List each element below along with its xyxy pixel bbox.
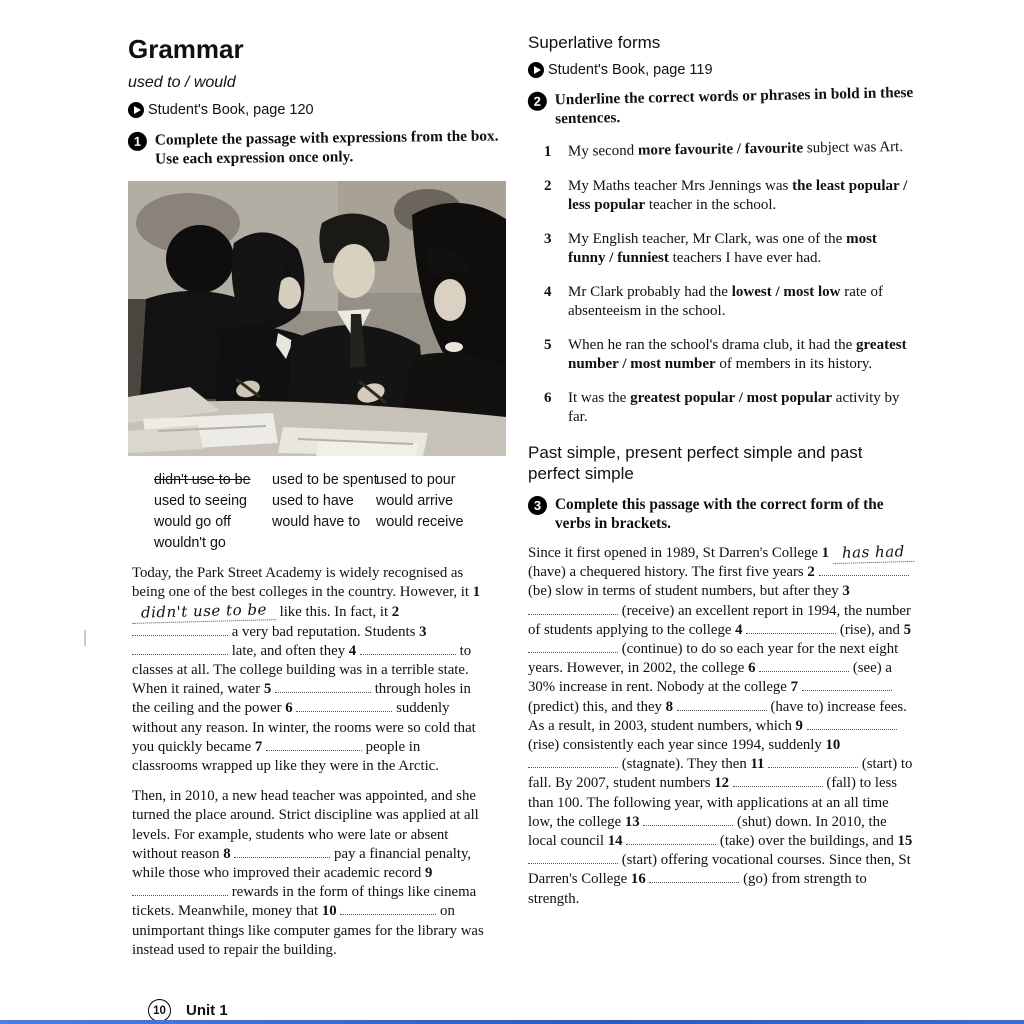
section-title-past-simple: Past simple, present perfect simple and … bbox=[528, 442, 914, 484]
right-column: Superlative forms Student's Book, page 1… bbox=[528, 32, 914, 920]
answer-blank bbox=[677, 698, 767, 711]
answer-blank bbox=[528, 640, 618, 653]
word-box-item: used to pour bbox=[376, 470, 508, 490]
section-title-superlative: Superlative forms bbox=[528, 32, 914, 53]
blank-number: 5 bbox=[264, 681, 271, 697]
left-column: Grammar used to / would Student's Book, … bbox=[128, 36, 508, 971]
blank-number: 16 bbox=[631, 871, 646, 887]
bold-choice: greatest popular / most popular bbox=[630, 390, 832, 406]
sentence-number: 6 bbox=[544, 389, 568, 427]
blank-number: 10 bbox=[826, 737, 841, 753]
word-box-item: wouldn't go bbox=[154, 533, 272, 553]
blank-number: 7 bbox=[791, 679, 798, 695]
answer-blank bbox=[643, 813, 733, 826]
sentence-number: 5 bbox=[544, 336, 568, 374]
sentence-text: It was the greatest popular / most popul… bbox=[568, 389, 914, 427]
handwritten-answer: has had bbox=[832, 542, 913, 564]
passage-paragraph: Then, in 2010, a new head teacher was ap… bbox=[132, 787, 484, 960]
passage-paragraph: Since it first opened in 1989, St Darren… bbox=[528, 543, 914, 909]
answer-blank bbox=[528, 602, 618, 615]
exercise3-instruction-text: Complete this passage with the correct f… bbox=[555, 495, 914, 533]
blank-number: 10 bbox=[322, 903, 337, 919]
bold-choice: more favourite / favourite bbox=[638, 140, 803, 158]
answer-blank bbox=[528, 851, 618, 864]
bold-choice: lowest / most low bbox=[732, 284, 841, 300]
word-box-item: would go off bbox=[154, 512, 272, 532]
sentence-number: 1 bbox=[544, 143, 568, 162]
blank-number: 8 bbox=[666, 699, 673, 715]
exercise1-number-badge: 1 bbox=[128, 132, 147, 151]
bold-choice: most funny / funniest bbox=[568, 231, 877, 266]
blank-number: 11 bbox=[750, 756, 764, 772]
sentence-item: 2My Maths teacher Mrs Jennings was the l… bbox=[544, 177, 914, 215]
answer-blank bbox=[132, 642, 228, 655]
blank-number: 7 bbox=[255, 739, 262, 755]
answer-blank bbox=[266, 738, 362, 751]
answer-blank bbox=[275, 680, 371, 693]
sentence-text: Mr Clark probably had the lowest / most … bbox=[568, 283, 914, 321]
word-box-item: used to be spent bbox=[272, 470, 376, 490]
answer-blank bbox=[759, 659, 849, 672]
blank-number: 1 bbox=[473, 584, 480, 600]
word-box-item: would have to bbox=[272, 512, 376, 532]
blank-number: 14 bbox=[608, 833, 623, 849]
sentence-number: 4 bbox=[544, 283, 568, 321]
sentence-text: When he ran the school's drama club, it … bbox=[568, 336, 914, 374]
sentence-item: 4Mr Clark probably had the lowest / most… bbox=[544, 283, 914, 321]
sentence-item: 3My English teacher, Mr Clark, was one o… bbox=[544, 230, 914, 268]
answer-blank bbox=[802, 678, 892, 691]
play-icon bbox=[528, 62, 544, 78]
answer-blank bbox=[360, 642, 456, 655]
answer-blank bbox=[733, 774, 823, 787]
sentence-item: 6It was the greatest popular / most popu… bbox=[544, 389, 914, 427]
book-reference-label: Student's Book, page 120 bbox=[148, 102, 314, 118]
answer-blank bbox=[626, 832, 716, 845]
word-box-item: would receive bbox=[376, 512, 508, 532]
section-title-grammar: Grammar bbox=[128, 36, 508, 62]
ex2-items: 1My second more favourite / favourite su… bbox=[544, 143, 914, 427]
exercise3-instruction: 3 Complete this passage with the correct… bbox=[528, 495, 914, 533]
exercise1-instruction: 1 Complete the passage with expressions … bbox=[128, 126, 508, 169]
passage-paragraph: Today, the Park Street Academy is widely… bbox=[132, 564, 484, 776]
sentence-text: My second more favourite / favourite sub… bbox=[568, 138, 914, 162]
page-footer: 10 Unit 1 bbox=[148, 999, 228, 1022]
word-box-item: didn't use to be bbox=[154, 470, 272, 490]
blank-number: 15 bbox=[897, 833, 912, 849]
sentence-item: 1My second more favourite / favourite su… bbox=[544, 138, 914, 162]
blank-number: 3 bbox=[419, 624, 426, 640]
handwritten-answer: didn't use to be bbox=[132, 601, 276, 625]
answer-blank bbox=[296, 699, 392, 712]
exercise1-instruction-text: Complete the passage with expressions fr… bbox=[155, 126, 508, 168]
word-box-item: would arrive bbox=[376, 491, 508, 511]
blank-number: 5 bbox=[904, 622, 911, 638]
answer-blank bbox=[819, 563, 909, 576]
blank-number: 2 bbox=[807, 564, 814, 580]
blank-number: 4 bbox=[735, 622, 742, 638]
sentence-item: 5When he ran the school's drama club, it… bbox=[544, 336, 914, 374]
answer-blank bbox=[234, 845, 330, 858]
sentence-number: 3 bbox=[544, 230, 568, 268]
blank-number: 1 bbox=[822, 545, 829, 561]
exercise2-instruction-text: Underline the correct words or phrases i… bbox=[555, 83, 915, 129]
bold-choice: greatest number / most number bbox=[568, 337, 907, 372]
answer-blank bbox=[768, 755, 858, 768]
blank-number: 8 bbox=[223, 846, 230, 862]
word-box: didn't use to beused to be spentused to … bbox=[128, 470, 508, 553]
answer-blank bbox=[649, 870, 739, 883]
bold-choice: the least popular / less popular bbox=[568, 178, 907, 213]
answer-blank bbox=[528, 755, 618, 768]
word-box-item: used to have bbox=[272, 491, 376, 511]
sentence-number: 2 bbox=[544, 177, 568, 215]
bottom-blue-bar bbox=[0, 1020, 1024, 1024]
exercise3-number-badge: 3 bbox=[528, 496, 547, 515]
unit-label: Unit 1 bbox=[186, 1002, 228, 1019]
blank-number: 2 bbox=[392, 604, 399, 620]
exercise2-instruction: 2 Underline the correct words or phrases… bbox=[528, 83, 915, 129]
workbook-page: Grammar used to / would Student's Book, … bbox=[0, 0, 1024, 1024]
blank-number: 12 bbox=[714, 775, 729, 791]
sentence-text: My Maths teacher Mrs Jennings was the le… bbox=[568, 177, 914, 215]
blank-number: 9 bbox=[796, 718, 803, 734]
blank-number: 13 bbox=[625, 814, 640, 830]
answer-blank bbox=[132, 883, 228, 896]
book-reference: Student's Book, page 119 bbox=[528, 62, 914, 78]
exercise1-passage: Today, the Park Street Academy is widely… bbox=[132, 564, 484, 960]
exercise3-passage: Since it first opened in 1989, St Darren… bbox=[528, 543, 914, 909]
scan-margin-mark bbox=[84, 630, 86, 646]
book-reference: Student's Book, page 120 bbox=[128, 102, 508, 118]
answer-blank bbox=[807, 717, 897, 730]
blank-number: 6 bbox=[748, 660, 755, 676]
classroom-photo bbox=[128, 181, 506, 456]
exercise2-number-badge: 2 bbox=[528, 92, 547, 111]
grammar-subtitle: used to / would bbox=[128, 74, 508, 92]
blank-number: 3 bbox=[842, 583, 849, 599]
book-reference-label: Student's Book, page 119 bbox=[548, 62, 713, 78]
answer-blank bbox=[746, 621, 836, 634]
answer-blank bbox=[132, 623, 228, 636]
blank-number: 4 bbox=[349, 643, 356, 659]
word-box-item: used to seeing bbox=[154, 491, 272, 511]
blank-number: 6 bbox=[285, 700, 292, 716]
page-number-badge: 10 bbox=[148, 999, 171, 1022]
blank-number: 9 bbox=[425, 865, 432, 881]
sentence-text: My English teacher, Mr Clark, was one of… bbox=[568, 230, 914, 268]
play-icon bbox=[128, 102, 144, 118]
answer-blank bbox=[340, 902, 436, 915]
